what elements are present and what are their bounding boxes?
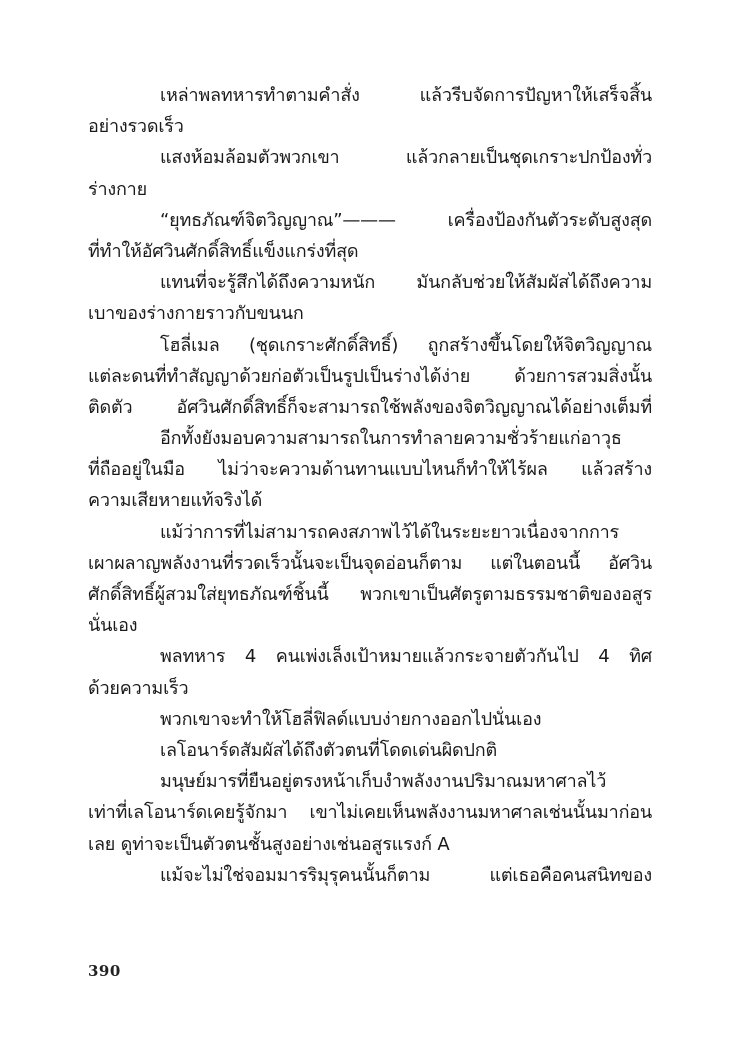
- page-body: เหล่าพลทหารทำตามคำสั่ง แล้วรีบจัดการปัญห…: [88, 80, 652, 891]
- text-line: อย่างรวดเร็ว: [88, 111, 652, 142]
- text-line: เลโอนาร์ดสัมผัสได้ถึงตัวตนที่โดดเด่นผิดป…: [88, 735, 652, 766]
- text-line: แสงห้อมล้อมตัวพวกเขา แล้วกลายเป็นชุดเกรา…: [88, 142, 652, 173]
- text-line: มนุษย์มารที่ยืนอยู่ตรงหน้าเก็บงำพลังงานป…: [88, 766, 652, 797]
- text-line: เท่าที่เลโอนาร์ดเคยรู้จักมา เขาไม่เคยเห็…: [88, 797, 652, 828]
- text-line: แทนที่จะรู้สึกได้ถึงความหนัก มันกลับช่วย…: [88, 267, 652, 298]
- text-line: ที่ถืออยู่ในมือ ไม่ว่าจะความด้านทานแบบไห…: [88, 454, 652, 485]
- text-line: ที่ทำให้อัศวินศักดิ์สิทธิ์แข็งแกร่งที่สุ…: [88, 236, 652, 267]
- text-line: นั่นเอง: [88, 610, 652, 641]
- text-line: พลทหาร 4 คนเพ่งเล็งเป้าหมายแล้วกระจายตัว…: [88, 641, 652, 672]
- text-line: ด้วยความเร็ว: [88, 673, 652, 704]
- text-line: เผาผลาญพลังงานที่รวดเร็วนั้นจะเป็นจุดอ่อ…: [88, 548, 652, 579]
- text-line: เหล่าพลทหารทำตามคำสั่ง แล้วรีบจัดการปัญห…: [88, 80, 652, 111]
- page-number: 390: [88, 962, 121, 980]
- text-line: เบาของร่างกายราวกับขนนก: [88, 298, 652, 329]
- text-line: เลย ดูท่าจะเป็นตัวตนชั้นสูงอย่างเช่นอสูร…: [88, 829, 652, 860]
- text-line: “ยุทธภัณฑ์จิตวิญญาณ”——— เครื่องป้องกันตั…: [88, 205, 652, 236]
- text-line: ติดตัว อัศวินศักดิ์สิทธิ์ก็จะสามารถใช้พล…: [88, 392, 652, 423]
- text-line: แม้ว่าการที่ไม่สามารถคงสภาพไว้ได้ในระยะย…: [88, 517, 652, 548]
- text-line: ร่างกาย: [88, 174, 652, 205]
- text-line: แต่ละดนที่ทำสัญญาด้วยก่อตัวเป็นรูปเป็นร่…: [88, 361, 652, 392]
- text-line: อีกทั้งยังมอบความสามารถในการทำลายความชั่…: [88, 423, 652, 454]
- text-line: โฮลี่เมล (ชุดเกราะศักดิ์สิทธิ์) ถูกสร้าง…: [88, 330, 652, 361]
- text-line: ความเสียหายแท้จริงได้: [88, 485, 652, 516]
- text-line: แม้จะไม่ใช่จอมมารริมุรุคนนั้นก็ตาม แต่เธ…: [88, 860, 652, 891]
- text-line: ศักดิ์สิทธิ์ผู้สวมใส่ยุทธภัณฑ์ชิ้นนี้ พว…: [88, 579, 652, 610]
- text-line: พวกเขาจะทำให้โฮลี่ฟิลด์แบบง่ายกางออกไปนั…: [88, 704, 652, 735]
